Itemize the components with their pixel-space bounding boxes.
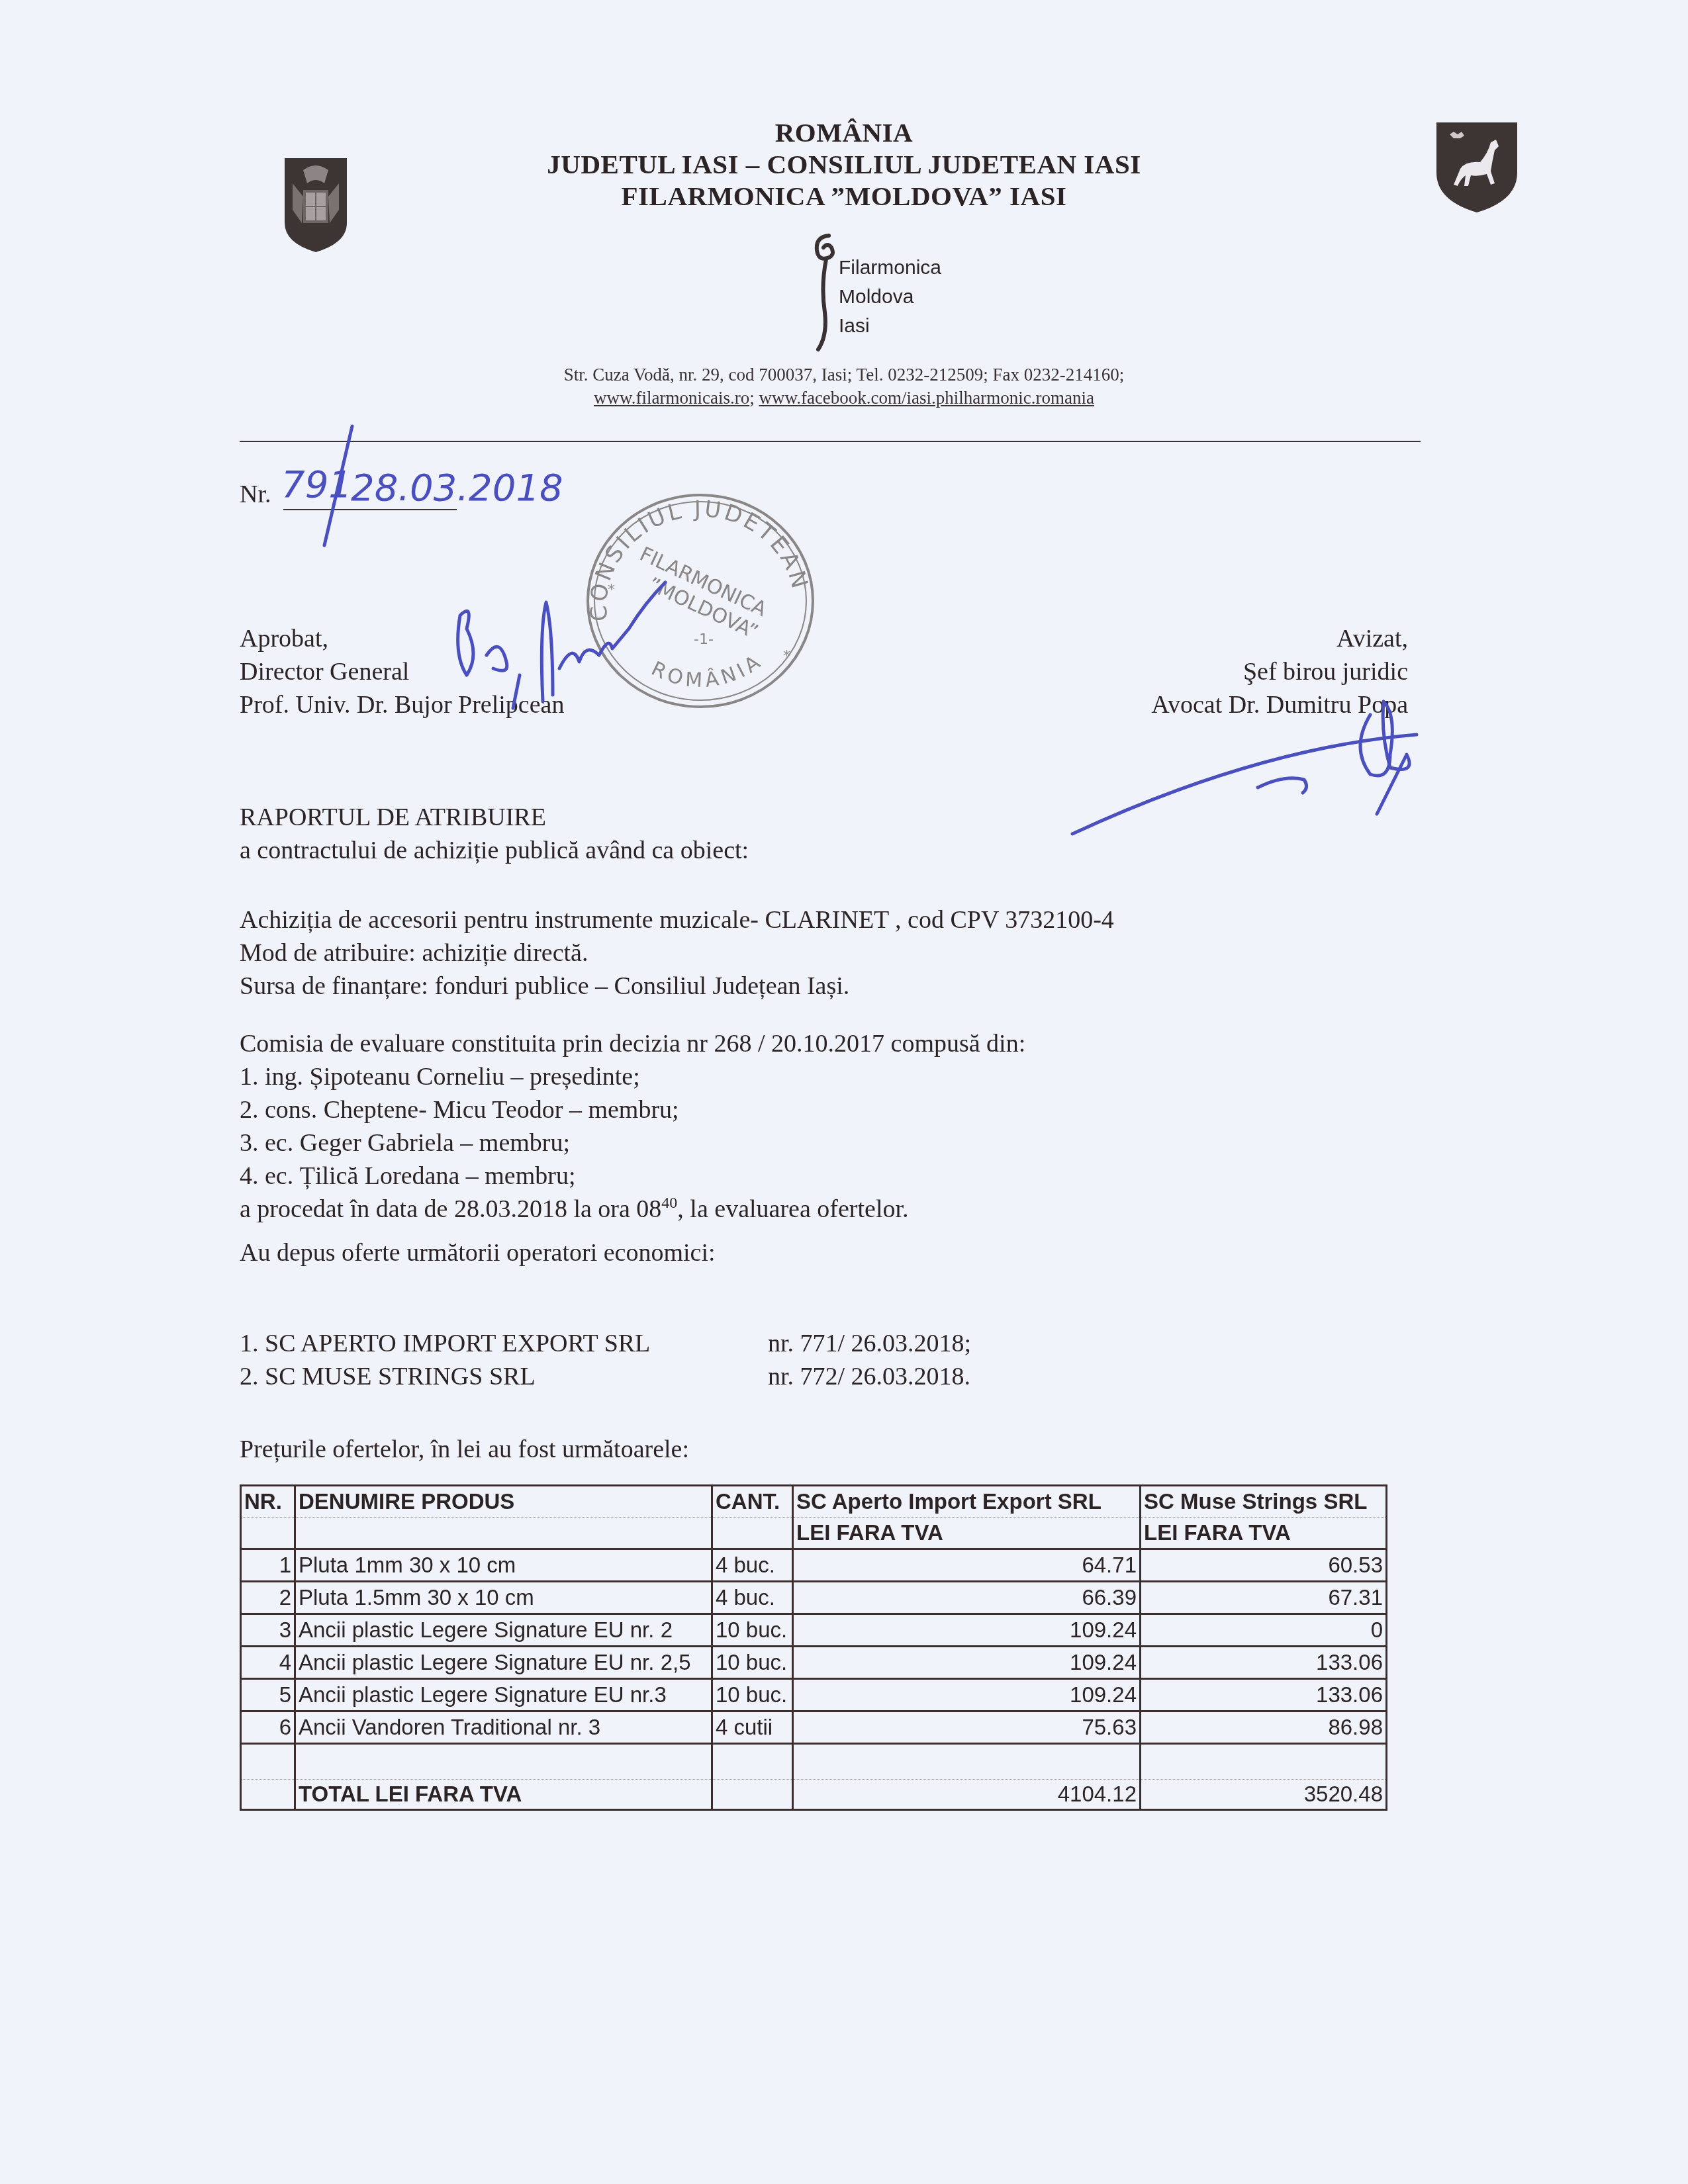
report-object: Achiziția de accesorii pentru instrument… [240, 903, 1114, 1003]
report-heading: RAPORTUL DE ATRIBUIRE a contractului de … [240, 801, 749, 867]
row-product: Pluta 1.5mm 30 x 10 cm [295, 1582, 712, 1614]
row-price-b: 133.06 [1141, 1647, 1387, 1679]
address-line: Str. Cuza Vodă, nr. 29, cod 700037, Iasi… [0, 365, 1688, 385]
row-qty: 10 buc. [712, 1679, 793, 1711]
total-label: TOTAL LEI FARA TVA [295, 1780, 712, 1810]
registration-number: Nr. [240, 480, 271, 509]
total-supplier-a: 4104.12 [793, 1780, 1141, 1810]
row-price-a: 109.24 [793, 1679, 1141, 1711]
table-row: 6Ancii Vandoren Traditional nr. 34 cutii… [241, 1711, 1387, 1744]
table-row: 3Ancii plastic Legere Signature EU nr. 2… [241, 1614, 1387, 1647]
links-separator: ; [749, 388, 759, 408]
price-comparison-table: NR. DENUMIRE PRODUS CANT. SC Aperto Impo… [240, 1484, 1387, 1811]
row-price-a: 109.24 [793, 1647, 1141, 1679]
table-total-row: TOTAL LEI FARA TVA 4104.12 3520.48 [241, 1780, 1387, 1810]
row-nr: 2 [241, 1582, 295, 1614]
row-price-a: 109.24 [793, 1614, 1141, 1647]
row-nr: 5 [241, 1679, 295, 1711]
table-empty-row [241, 1744, 1387, 1780]
row-price-b: 67.31 [1141, 1582, 1387, 1614]
report-title: RAPORTUL DE ATRIBUIRE [240, 801, 749, 834]
director-signature-icon [447, 576, 679, 721]
logo-line-1: Filarmonica [839, 258, 941, 278]
col-header-product: DENUMIRE PRODUS [295, 1486, 712, 1518]
row-price-a: 75.63 [793, 1711, 1141, 1744]
website-link[interactable]: www.filarmonicais.ro [594, 388, 749, 408]
evaluation-suffix: , la evaluarea ofertelor. [677, 1195, 908, 1223]
offer-name: 2. SC MUSE STRINGS SRL [240, 1360, 536, 1393]
committee-member: 2. cons. Cheptene- Micu Teodor – membru; [240, 1093, 1025, 1126]
funding-line: Sursa de finanțare: fonduri publice – Co… [240, 970, 1114, 1003]
scroll-logo-icon [809, 226, 842, 352]
table-row: 1Pluta 1mm 30 x 10 cm4 buc.64.7160.53 [241, 1549, 1387, 1582]
svg-text:-1-: -1- [694, 631, 714, 648]
col-header-supplier-a: SC Aperto Import Export SRL [793, 1486, 1141, 1518]
row-nr: 3 [241, 1614, 295, 1647]
row-price-b: 86.98 [1141, 1711, 1387, 1744]
iasi-horse-shield-icon [1434, 120, 1520, 215]
col-header-nr: NR. [241, 1486, 295, 1518]
row-qty: 10 buc. [712, 1647, 793, 1679]
table-row: 4Ancii plastic Legere Signature EU nr. 2… [241, 1647, 1387, 1679]
evaluation-line: a procedat în data de 28.03.2018 la ora … [240, 1193, 1025, 1226]
filarmonica-logo: Filarmonica Moldova Iasi [809, 226, 981, 352]
row-price-b: 60.53 [1141, 1549, 1387, 1582]
table-header-row: NR. DENUMIRE PRODUS CANT. SC Aperto Impo… [241, 1486, 1387, 1518]
row-qty: 10 buc. [712, 1614, 793, 1647]
logo-line-2: Moldova [839, 287, 914, 307]
offer-reference: nr. 772/ 26.03.2018. [768, 1360, 970, 1393]
row-nr: 6 [241, 1711, 295, 1744]
row-price-b: 133.06 [1141, 1679, 1387, 1711]
facebook-link[interactable]: www.facebook.com/iasi.philharmonic.roman… [759, 388, 1094, 408]
table-row: 5Ancii plastic Legere Signature EU nr.31… [241, 1679, 1387, 1711]
row-nr: 4 [241, 1647, 295, 1679]
col-unit-b: LEI FARA TVA [1141, 1518, 1387, 1549]
committee-intro: Comisia de evaluare constituita prin dec… [240, 1027, 1025, 1060]
svg-text:*: * [783, 648, 790, 664]
offers-intro: Au depus oferte următorii operatori econ… [240, 1236, 1025, 1269]
row-nr: 1 [241, 1549, 295, 1582]
procedure-line: Mod de atribuire: achiziție directă. [240, 936, 1114, 970]
links-line: www.filarmonicais.ro; www.facebook.com/i… [0, 388, 1688, 408]
committee-section: Comisia de evaluare constituita prin dec… [240, 1027, 1025, 1269]
endorsement-label: Avizat, [1151, 622, 1408, 655]
row-product: Ancii plastic Legere Signature EU nr.3 [295, 1679, 712, 1711]
row-qty: 4 cutii [712, 1711, 793, 1744]
row-product: Ancii plastic Legere Signature EU nr. 2 [295, 1614, 712, 1647]
committee-member: 3. ec. Geger Gabriela – membru; [240, 1126, 1025, 1160]
col-header-qty: CANT. [712, 1486, 793, 1518]
col-header-supplier-b: SC Muse Strings SRL [1141, 1486, 1387, 1518]
committee-member: 1. ing. Șipoteanu Corneliu – președinte; [240, 1060, 1025, 1093]
row-price-a: 64.71 [793, 1549, 1141, 1582]
total-supplier-b: 3520.48 [1141, 1780, 1387, 1810]
offer-name: 1. SC APERTO IMPORT EXPORT SRL [240, 1327, 650, 1360]
legal-signature-icon [1059, 675, 1430, 841]
table-subheader-row: LEI FARA TVA LEI FARA TVA [241, 1518, 1387, 1549]
row-qty: 4 buc. [712, 1582, 793, 1614]
table-row: 2Pluta 1.5mm 30 x 10 cm4 buc.66.3967.31 [241, 1582, 1387, 1614]
report-subtitle: a contractului de achiziție publică avân… [240, 834, 749, 867]
nr-label: Nr. [240, 480, 271, 508]
offer-reference: nr. 771/ 26.03.2018; [768, 1327, 971, 1360]
prices-intro: Prețurile ofertelor, în lei au fost urmă… [240, 1433, 689, 1466]
row-product: Ancii plastic Legere Signature EU nr. 2,… [295, 1647, 712, 1679]
offers-list: 1. SC APERTO IMPORT EXPORT SRL nr. 771/ … [240, 1327, 1166, 1393]
handwritten-date: 28.03.2018 [351, 467, 563, 510]
row-qty: 4 buc. [712, 1549, 793, 1582]
logo-line-3: Iasi [839, 316, 870, 336]
header-rule [240, 441, 1421, 442]
row-product: Pluta 1mm 30 x 10 cm [295, 1549, 712, 1582]
row-product: Ancii Vandoren Traditional nr. 3 [295, 1711, 712, 1744]
col-unit-a: LEI FARA TVA [793, 1518, 1141, 1549]
evaluation-minutes: 40 [661, 1195, 677, 1212]
row-price-a: 66.39 [793, 1582, 1141, 1614]
row-price-b: 0 [1141, 1614, 1387, 1647]
offer-item: 1. SC APERTO IMPORT EXPORT SRL nr. 771/ … [240, 1327, 1166, 1360]
object-line: Achiziția de accesorii pentru instrument… [240, 903, 1114, 936]
committee-member: 4. ec. Țilică Loredana – membru; [240, 1160, 1025, 1193]
evaluation-prefix: a procedat în data de 28.03.2018 la ora … [240, 1195, 661, 1223]
offer-item: 2. SC MUSE STRINGS SRL nr. 772/ 26.03.20… [240, 1360, 1166, 1393]
